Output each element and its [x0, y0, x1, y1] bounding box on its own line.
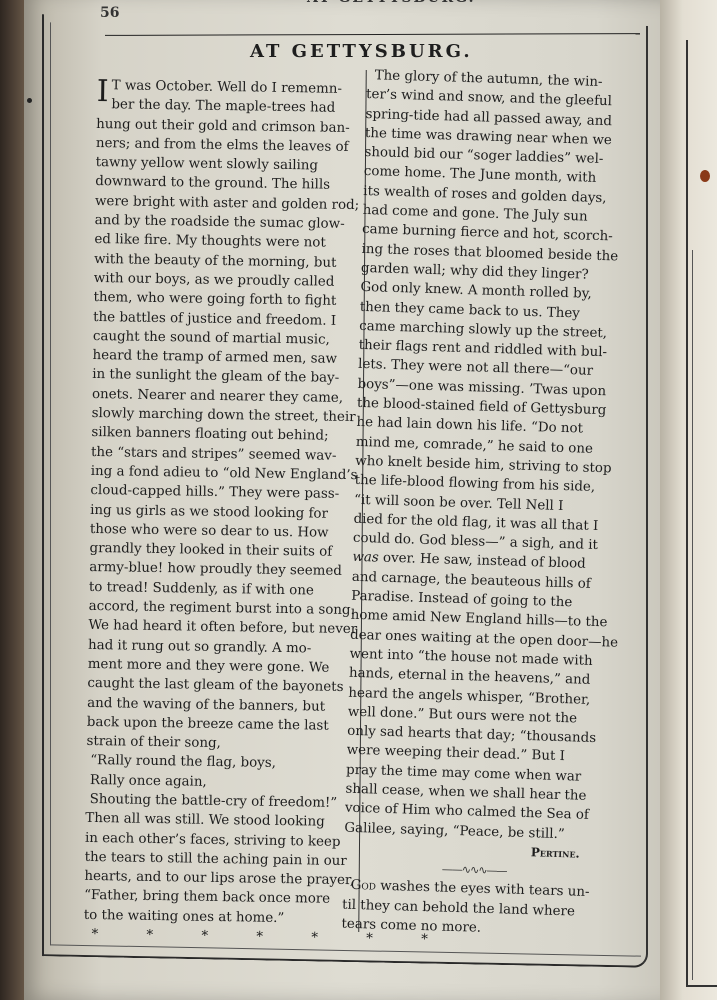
- epigraph-lead-word: God: [350, 878, 376, 894]
- stain-mark: [700, 170, 710, 182]
- page-number: 56: [100, 5, 119, 21]
- section-break-asterisks: * * * * * * *: [83, 925, 335, 948]
- facing-page-inner-border: [692, 250, 717, 980]
- right-column: The glory of the autumn, the win-ter’s w…: [341, 66, 629, 942]
- article-title: AT GETTYSBURG.: [250, 41, 473, 62]
- left-column: I T was October. Well do I rememn-ber th…: [83, 76, 349, 948]
- facing-page-edge: [660, 0, 717, 1000]
- ink-dot: [27, 98, 32, 103]
- running-header: 56 AT GETTYSBURG.: [97, 0, 637, 28]
- running-title: AT GETTYSBURG.: [307, 0, 475, 6]
- drop-cap: I: [97, 79, 109, 105]
- italic-emphasis: was: [352, 550, 379, 566]
